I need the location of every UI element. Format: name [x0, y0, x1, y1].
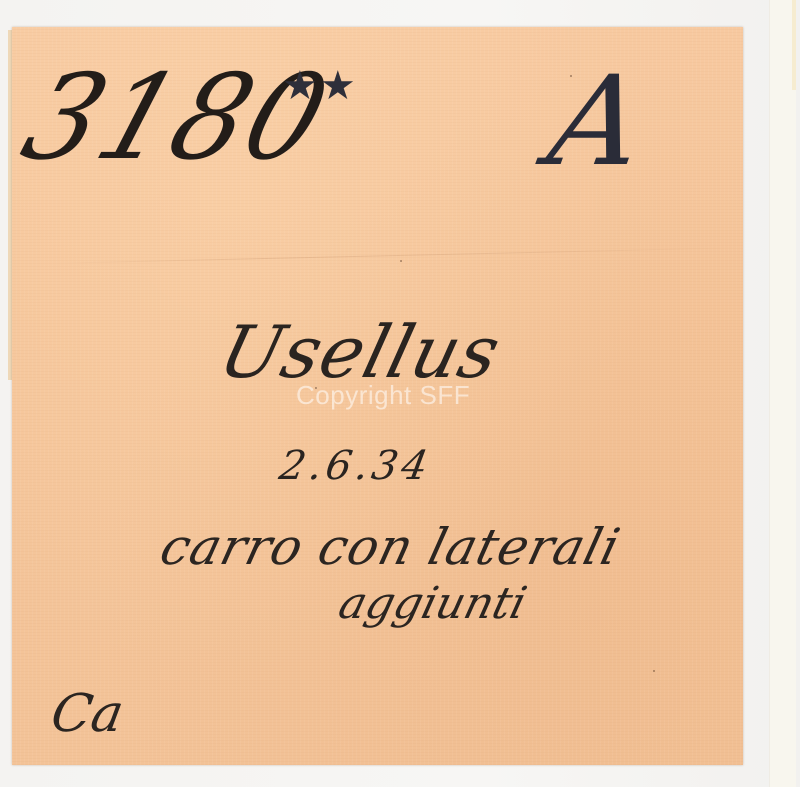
description-line-2: aggiunti: [335, 582, 531, 626]
adjacent-sheet-edge: [769, 0, 796, 787]
paper-speck: [400, 260, 402, 262]
collector-initials: Ca: [47, 688, 127, 740]
locality-name: Usellus: [213, 316, 508, 388]
copyright-watermark: Copyright SFF: [296, 380, 470, 411]
paper-speck: [653, 670, 655, 672]
collection-date: 2.6.34: [276, 446, 434, 486]
scanned-document-scene: 3180 ★★ A Usellus Copyright SFF 2.6.34 c…: [0, 0, 800, 787]
description-line-1: carro con laterali: [156, 522, 625, 572]
rating-stars: ★★: [282, 66, 358, 106]
paper-crease: [52, 247, 742, 264]
